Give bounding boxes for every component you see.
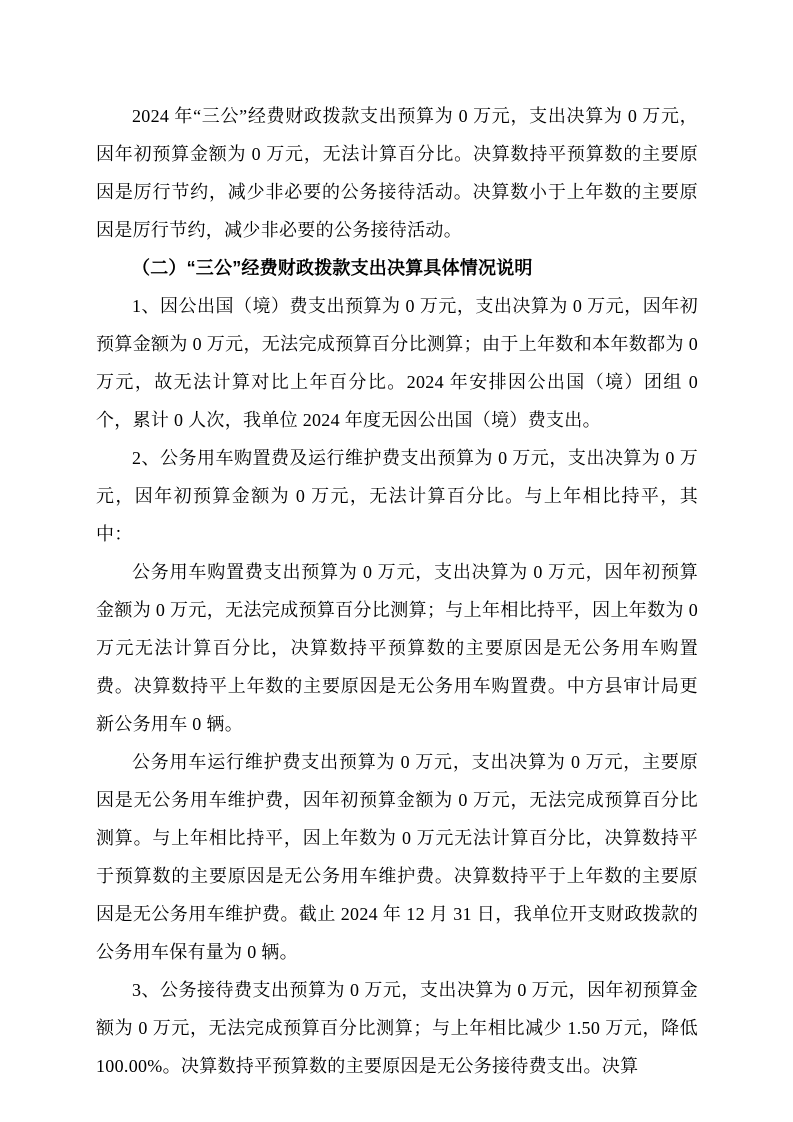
paragraph-vehicle-maintenance: 公务用车运行维护费支出预算为 0 万元，支出决算为 0 万元，主要原因是无公务用…: [96, 743, 698, 971]
paragraph-vehicle-purchase: 公务用车购置费支出预算为 0 万元，支出决算为 0 万元，因年初预算金额为 0 …: [96, 553, 698, 743]
section-heading-specifics: （二）“三公”经费财政拨款支出决算具体情况说明: [96, 249, 698, 287]
paragraph-official-reception: 3、公务接待费支出预算为 0 万元，支出决算为 0 万元，因年初预算金额为 0 …: [96, 971, 698, 1085]
paragraph-vehicle-total: 2、公务用车购置费及运行维护费支出预算为 0 万元，支出决算为 0 万元，因年初…: [96, 439, 698, 553]
document-page: 2024 年“三公”经费财政拨款支出预算为 0 万元，支出决算为 0 万元，因年…: [0, 0, 793, 1122]
paragraph-three-public-summary: 2024 年“三公”经费财政拨款支出预算为 0 万元，支出决算为 0 万元，因年…: [96, 97, 698, 249]
paragraph-overseas-trips: 1、因公出国（境）费支出预算为 0 万元，支出决算为 0 万元，因年初预算金额为…: [96, 287, 698, 439]
